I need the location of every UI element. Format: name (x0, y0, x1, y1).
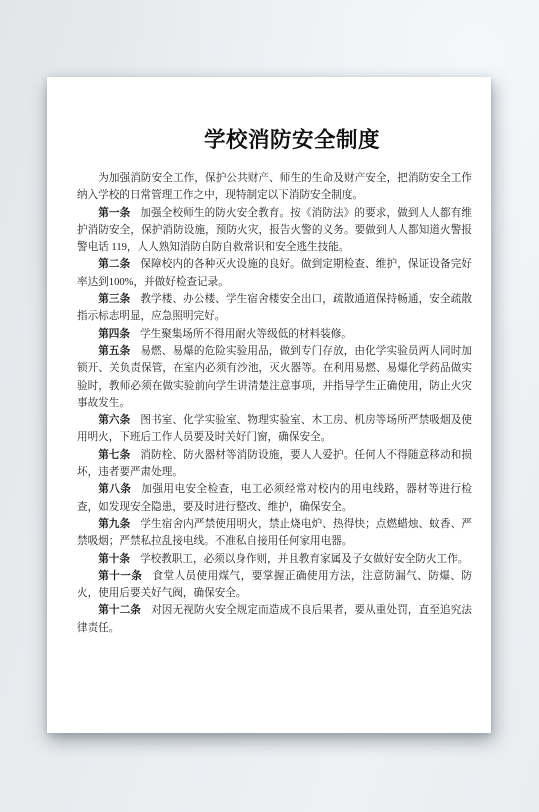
clause-paragraph: 第九条学生宿舍内严禁使用明火，禁止烧电炉、热得快；点燃蜡烛、蚊香、严禁吸烟；严禁… (77, 516, 472, 551)
clause-label: 第一条 (98, 208, 130, 219)
clause-label: 第十条 (98, 554, 130, 565)
clause-paragraph: 为加强消防安全工作，保护公共财产、师生的生命及财产安全，把消防安全工作纳入学校的… (77, 170, 472, 205)
clause-label: 第十二条 (98, 605, 141, 616)
clause-text: 加强用电安全检查，电工必须经常对校内的用电线路，器材等进行检查，如发现安全隐患，… (77, 484, 472, 512)
clause-label: 第二条 (98, 259, 130, 270)
clause-paragraph: 第三条教学楼、办公楼、学生宿舍楼安全出口，疏散通道保持畅通，安全疏散指示标志明显… (77, 291, 472, 326)
clause-text: 加强全校师生的防火安全教育。按《消防法》的要求，做到人人都有维护消防安全，保护消… (77, 208, 472, 254)
clause-label: 第九条 (98, 519, 130, 530)
clause-text: 易燃、易爆的危险实验用品，做到专门存放，由化学实验员两人同时加锁开、关负责保管，… (77, 346, 472, 409)
document-page: 学校消防安全制度 为加强消防安全工作，保护公共财产、师生的生命及财产安全，把消防… (47, 77, 491, 733)
clause-label: 第七条 (98, 450, 130, 461)
clause-text: 学生聚集场所不得用耐火等级低的材料装修。 (140, 329, 352, 340)
clause-text: 教学楼、办公楼、学生宿舍楼安全出口，疏散通道保持畅通，安全疏散指示标志明显，应急… (77, 294, 472, 322)
clause-paragraph: 第四条学生聚集场所不得用耐火等级低的材料装修。 (77, 326, 472, 343)
clause-label: 第五条 (98, 346, 130, 357)
clause-paragraph: 第十条学校教职工，必须以身作则，并且教育家属及子女做好安全防火工作。 (77, 551, 472, 568)
clause-label: 第四条 (98, 329, 130, 340)
clause-paragraph: 第七条消防栓、防火器材等消防设施，要人人爱护。任何人不得随意移动和损坏，违者要严… (77, 447, 472, 482)
clause-text: 学生宿舍内严禁使用明火，禁止烧电炉、热得快；点燃蜡烛、蚊香、严禁吸烟；严禁私拉乱… (77, 519, 472, 547)
document-title: 学校消防安全制度 (70, 126, 514, 154)
clause-text: 为加强消防安全工作，保护公共财产、师生的生命及财产安全，把消防安全工作纳入学校的… (77, 173, 472, 201)
clause-paragraph: 第十一条食堂人员使用煤气，要掌握正确使用方法，注意防漏气、防爆、防火，使用后要关… (77, 568, 472, 603)
clause-label: 第三条 (98, 294, 130, 305)
clause-paragraph: 第二条保障校内的各种灭火设施的良好。做到定期检查、维护，保证设备完好率达到100… (77, 256, 472, 291)
clause-text: 图书室、化学实验室、物理实验室、木工房、机房等场所严禁吸烟及使用明火，下班后工作… (77, 415, 472, 443)
clause-paragraph: 第八条加强用电安全检查，电工必须经常对校内的用电线路，器材等进行检查，如发现安全… (77, 481, 472, 516)
clause-text: 学校教职工，必须以身作则，并且教育家属及子女做好安全防火工作。 (140, 554, 468, 565)
clause-text: 保障校内的各种灭火设施的良好。做到定期检查、维护，保证设备完好率达到100%，并… (77, 259, 472, 287)
clause-label: 第十一条 (98, 571, 142, 582)
desktop-background: { "document": { "title": "学校消防安全制度", "pa… (0, 0, 539, 812)
clause-paragraph: 第一条加强全校师生的防火安全教育。按《消防法》的要求，做到人人都有维护消防安全，… (77, 205, 472, 257)
clause-paragraph: 第六条图书室、化学实验室、物理实验室、木工房、机房等场所严禁吸烟及使用明火，下班… (77, 412, 472, 447)
document-body: 为加强消防安全工作，保护公共财产、师生的生命及财产安全，把消防安全工作纳入学校的… (77, 170, 472, 637)
clause-text: 消防栓、防火器材等消防设施，要人人爱护。任何人不得随意移动和损坏，违者要严肃处理… (77, 450, 472, 478)
clause-paragraph: 第十二条对因无视防火安全规定而造成不良后果者，要从重处罚，直至追究法律责任。 (77, 602, 472, 637)
clause-label: 第六条 (98, 415, 130, 426)
clause-paragraph: 第五条易燃、易爆的危险实验用品，做到专门存放，由化学实验员两人同时加锁开、关负责… (77, 343, 472, 412)
clause-label: 第八条 (98, 484, 131, 495)
